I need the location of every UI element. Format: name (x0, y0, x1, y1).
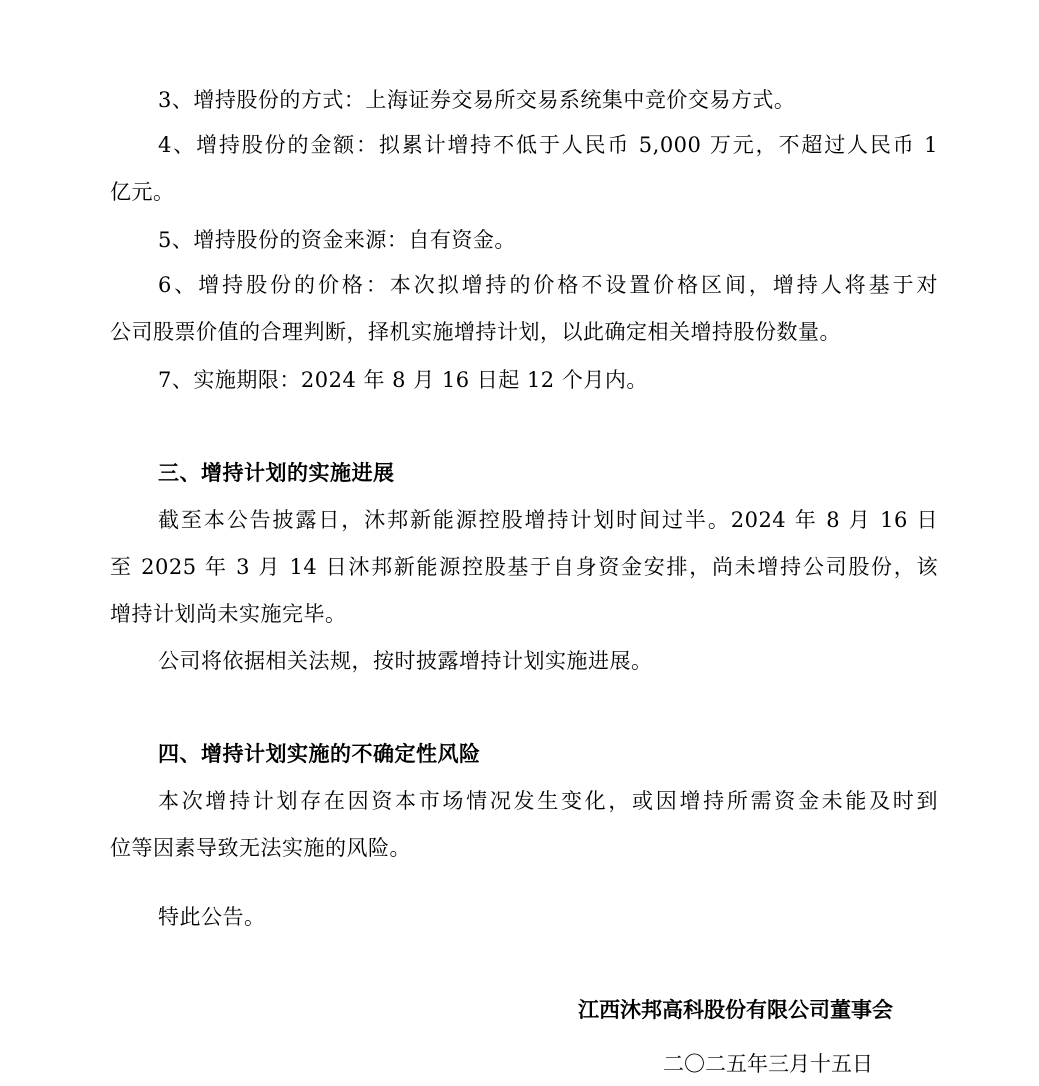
section3-para2: 公司将依据相关法规，按时披露增持计划实施进展。 (158, 649, 653, 673)
signature-company: 江西沐邦高科股份有限公司董事会 (578, 998, 893, 1022)
item-3: 3、增持股份的方式：上海证券交易所交易系统集中竞价交易方式。 (158, 88, 795, 112)
item-6: 6、增持股份的价格：本次拟增持的价格不设置价格区间，增持人将基于对 (158, 273, 938, 297)
section3-heading: 三、增持计划的实施进展 (158, 461, 395, 485)
section3-para1-line2: 至 2025 年 3 月 14 日沐邦新能源控股基于自身资金安排，尚未增持公司股… (110, 555, 938, 579)
section4-para1-line1: 本次增持计划存在因资本市场情况发生变化，或因增持所需资金未能及时到 (158, 789, 938, 813)
item-4-cont: 亿元。 (110, 180, 175, 204)
section4-heading: 四、增持计划实施的不确定性风险 (158, 742, 481, 766)
section3-para1-line1: 截至本公告披露日，沐邦新能源控股增持计划时间过半。2024 年 8 月 16 日 (158, 508, 938, 532)
section3-para1-line3: 增持计划尚未实施完毕。 (110, 602, 347, 626)
signature-date: 二〇二五年三月十五日 (663, 1052, 873, 1076)
item-4: 4、增持股份的金额：拟累计增持不低于人民币 5,000 万元，不超过人民币 1 (158, 133, 938, 157)
item-7: 7、实施期限：2024 年 8 月 16 日起 12 个月内。 (158, 368, 648, 392)
closing-text: 特此公告。 (158, 905, 266, 929)
item-6-cont: 公司股票价值的合理判断，择机实施增持计划，以此确定相关增持股份数量。 (110, 320, 841, 344)
item-5: 5、增持股份的资金来源：自有资金。 (158, 228, 516, 252)
section4-para1-line2: 位等因素导致无法实施的风险。 (110, 836, 411, 860)
